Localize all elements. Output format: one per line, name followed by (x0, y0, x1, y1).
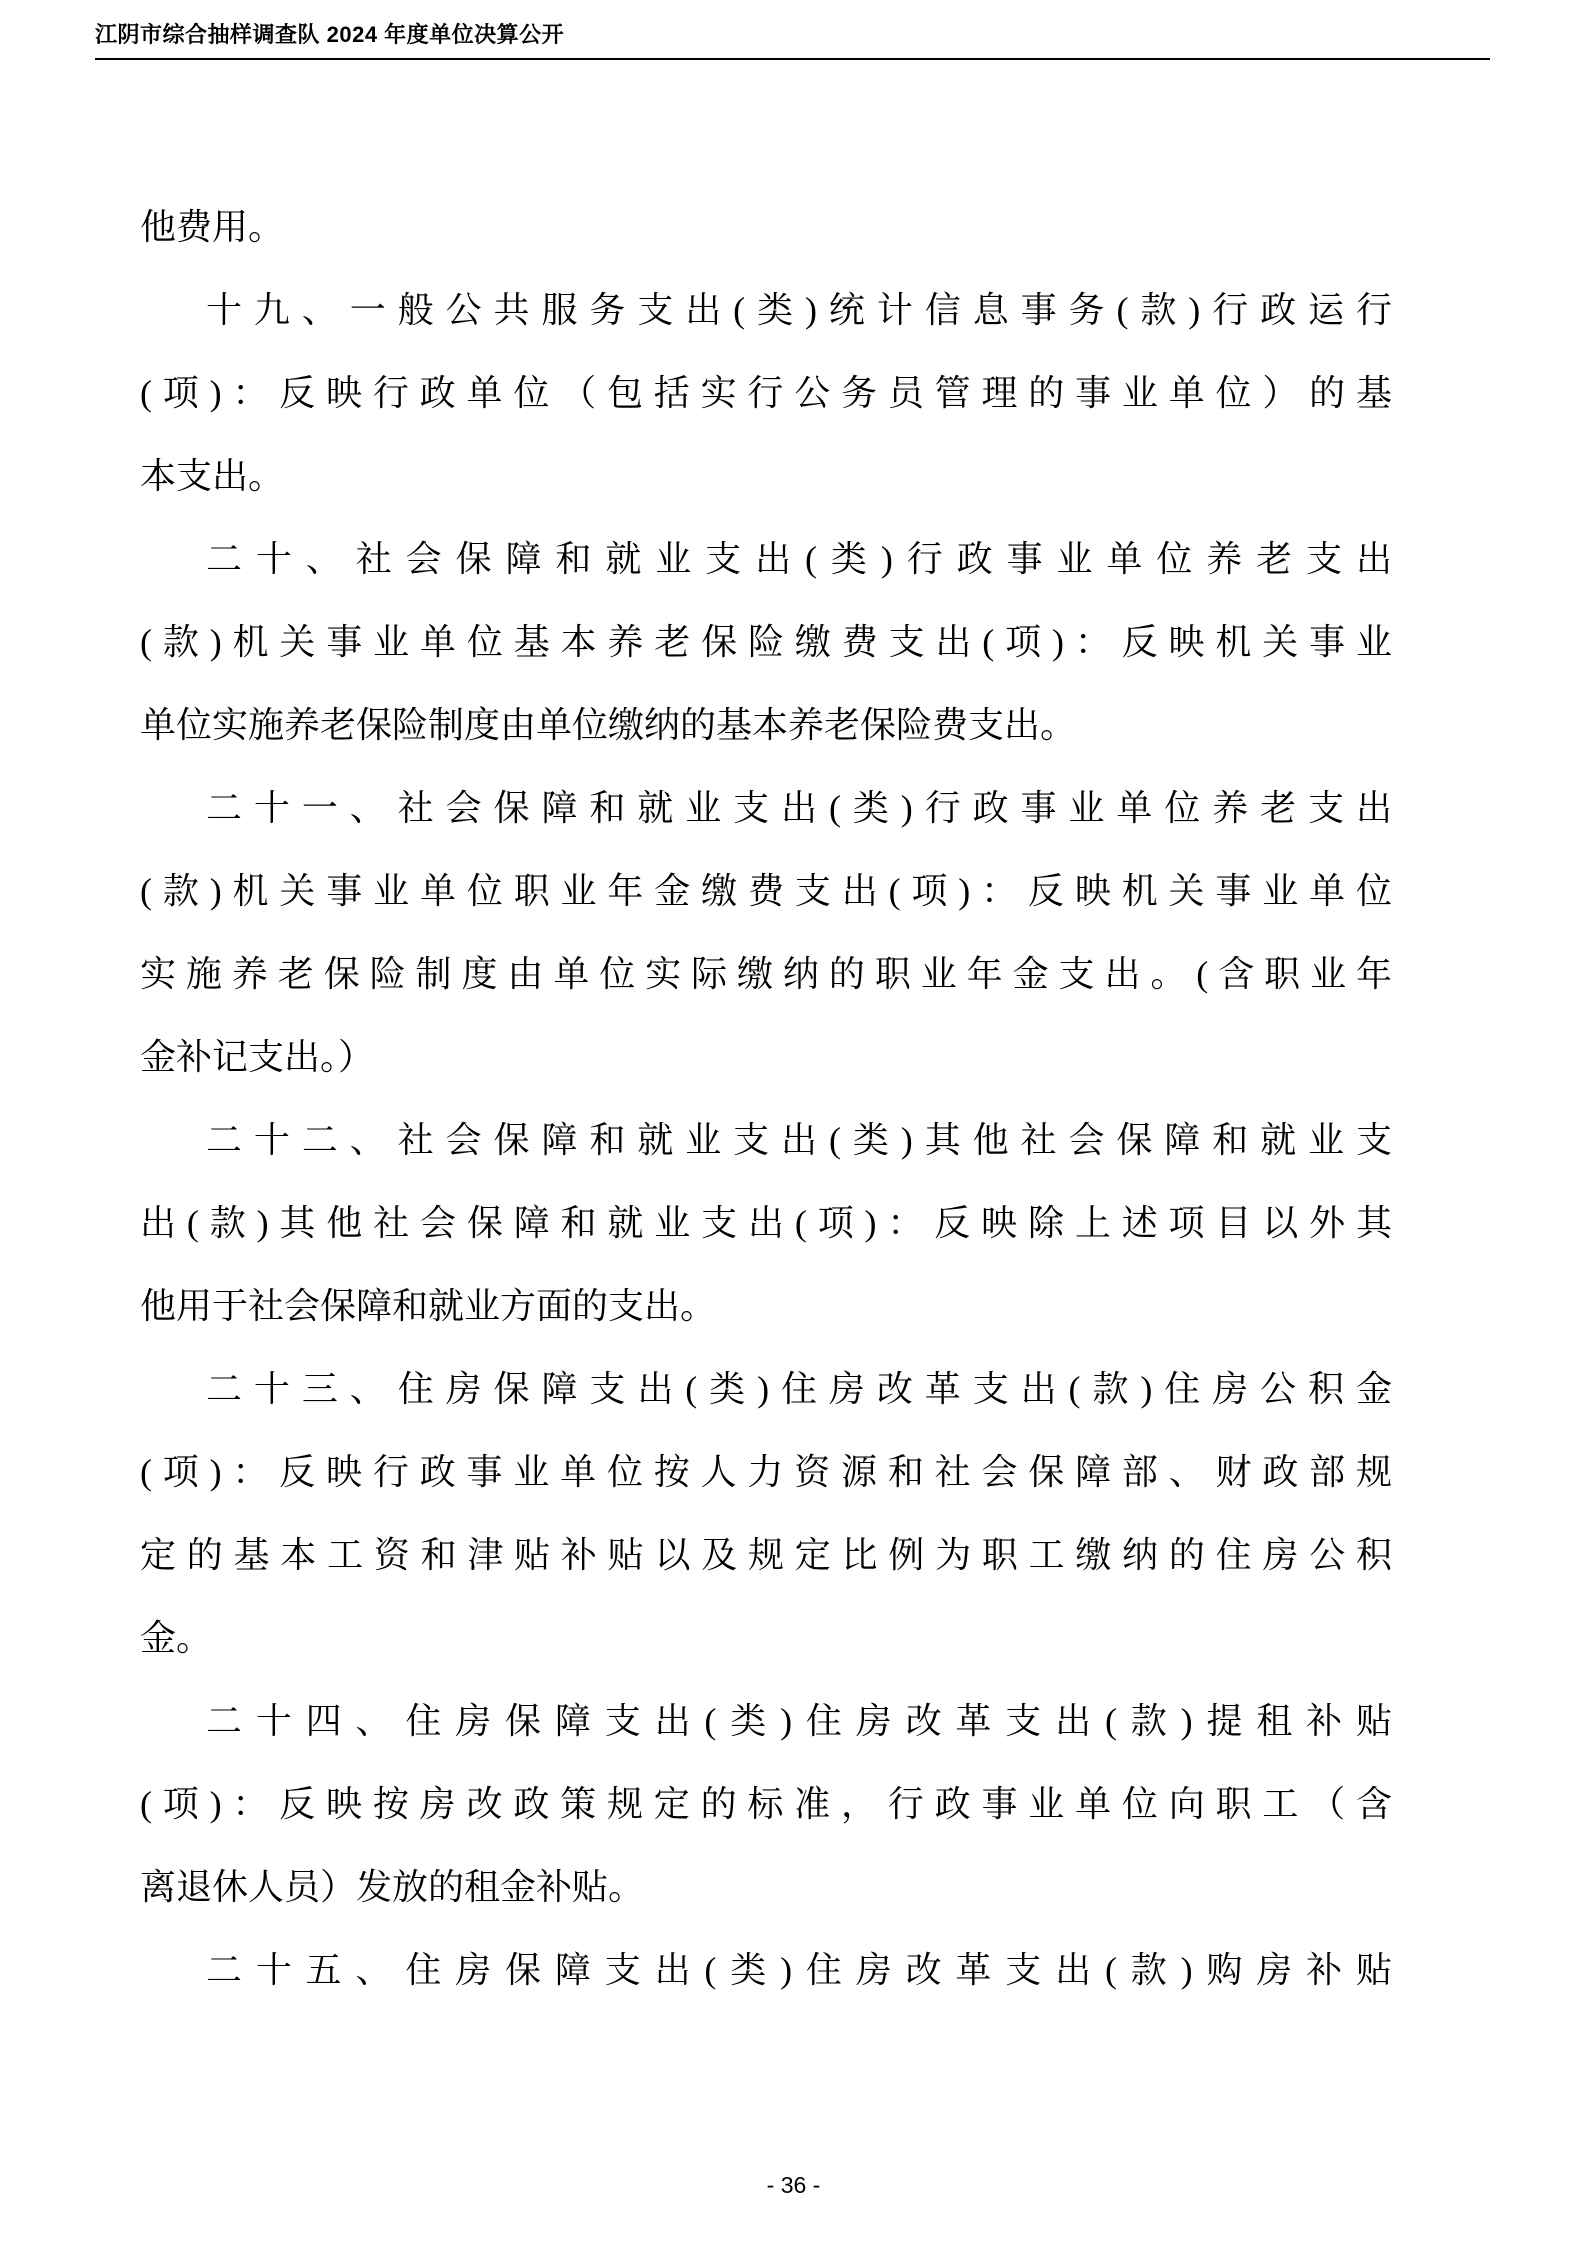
body-line: 二十二、社会保障和就业支出(类)其他社会保障和就业支 (140, 1099, 1392, 1182)
body-line: 定的基本工资和津贴补贴以及规定比例为职工缴纳的住房公积 (140, 1514, 1392, 1597)
body-line: 二十、社会保障和就业支出(类)行政事业单位养老支出 (140, 518, 1392, 601)
body-line: (款)机关事业单位职业年金缴费支出(项)：反映机关事业单位 (140, 850, 1392, 933)
body-line: 二十三、住房保障支出(类)住房改革支出(款)住房公积金 (140, 1348, 1392, 1431)
body-line: 实施养老保险制度由单位实际缴纳的职业年金支出。(含职业年 (140, 933, 1392, 1016)
document-body: 他费用。 十九、一般公共服务支出(类)统计信息事务(款)行政运行 (项)：反映行… (140, 186, 1392, 2012)
body-line: 本支出。 (140, 435, 1392, 518)
body-line: 金。 (140, 1597, 1392, 1680)
document-header: 江阴市综合抽样调查队 2024 年度单位决算公开 (95, 22, 1490, 60)
body-line: 他费用。 (140, 186, 1392, 269)
body-line: 他用于社会保障和就业方面的支出。 (140, 1265, 1392, 1348)
document-page: 江阴市综合抽样调查队 2024 年度单位决算公开 他费用。 十九、一般公共服务支… (0, 0, 1587, 2245)
body-line: 二十四、住房保障支出(类)住房改革支出(款)提租补贴 (140, 1680, 1392, 1763)
body-line: (项)：反映行政单位（包括实行公务员管理的事业单位）的基 (140, 352, 1392, 435)
body-line: (项)：反映行政事业单位按人力资源和社会保障部、财政部规 (140, 1431, 1392, 1514)
body-line: (项)：反映按房改政策规定的标准，行政事业单位向职工（含 (140, 1763, 1392, 1846)
body-line: 单位实施养老保险制度由单位缴纳的基本养老保险费支出。 (140, 684, 1392, 767)
body-line: (款)机关事业单位基本养老保险缴费支出(项)：反映机关事业 (140, 601, 1392, 684)
document-header-title: 江阴市综合抽样调查队 2024 年度单位决算公开 (95, 22, 1490, 48)
page-number: - 36 - (0, 2172, 1587, 2199)
body-line: 离退休人员）发放的租金补贴。 (140, 1846, 1392, 1929)
body-line: 二十一、社会保障和就业支出(类)行政事业单位养老支出 (140, 767, 1392, 850)
body-line: 二十五、住房保障支出(类)住房改革支出(款)购房补贴 (140, 1929, 1392, 2012)
header-divider (95, 58, 1490, 60)
body-line: 金补记支出。） (140, 1016, 1392, 1099)
body-line: 出(款)其他社会保障和就业支出(项)：反映除上述项目以外其 (140, 1182, 1392, 1265)
body-line: 十九、一般公共服务支出(类)统计信息事务(款)行政运行 (140, 269, 1392, 352)
